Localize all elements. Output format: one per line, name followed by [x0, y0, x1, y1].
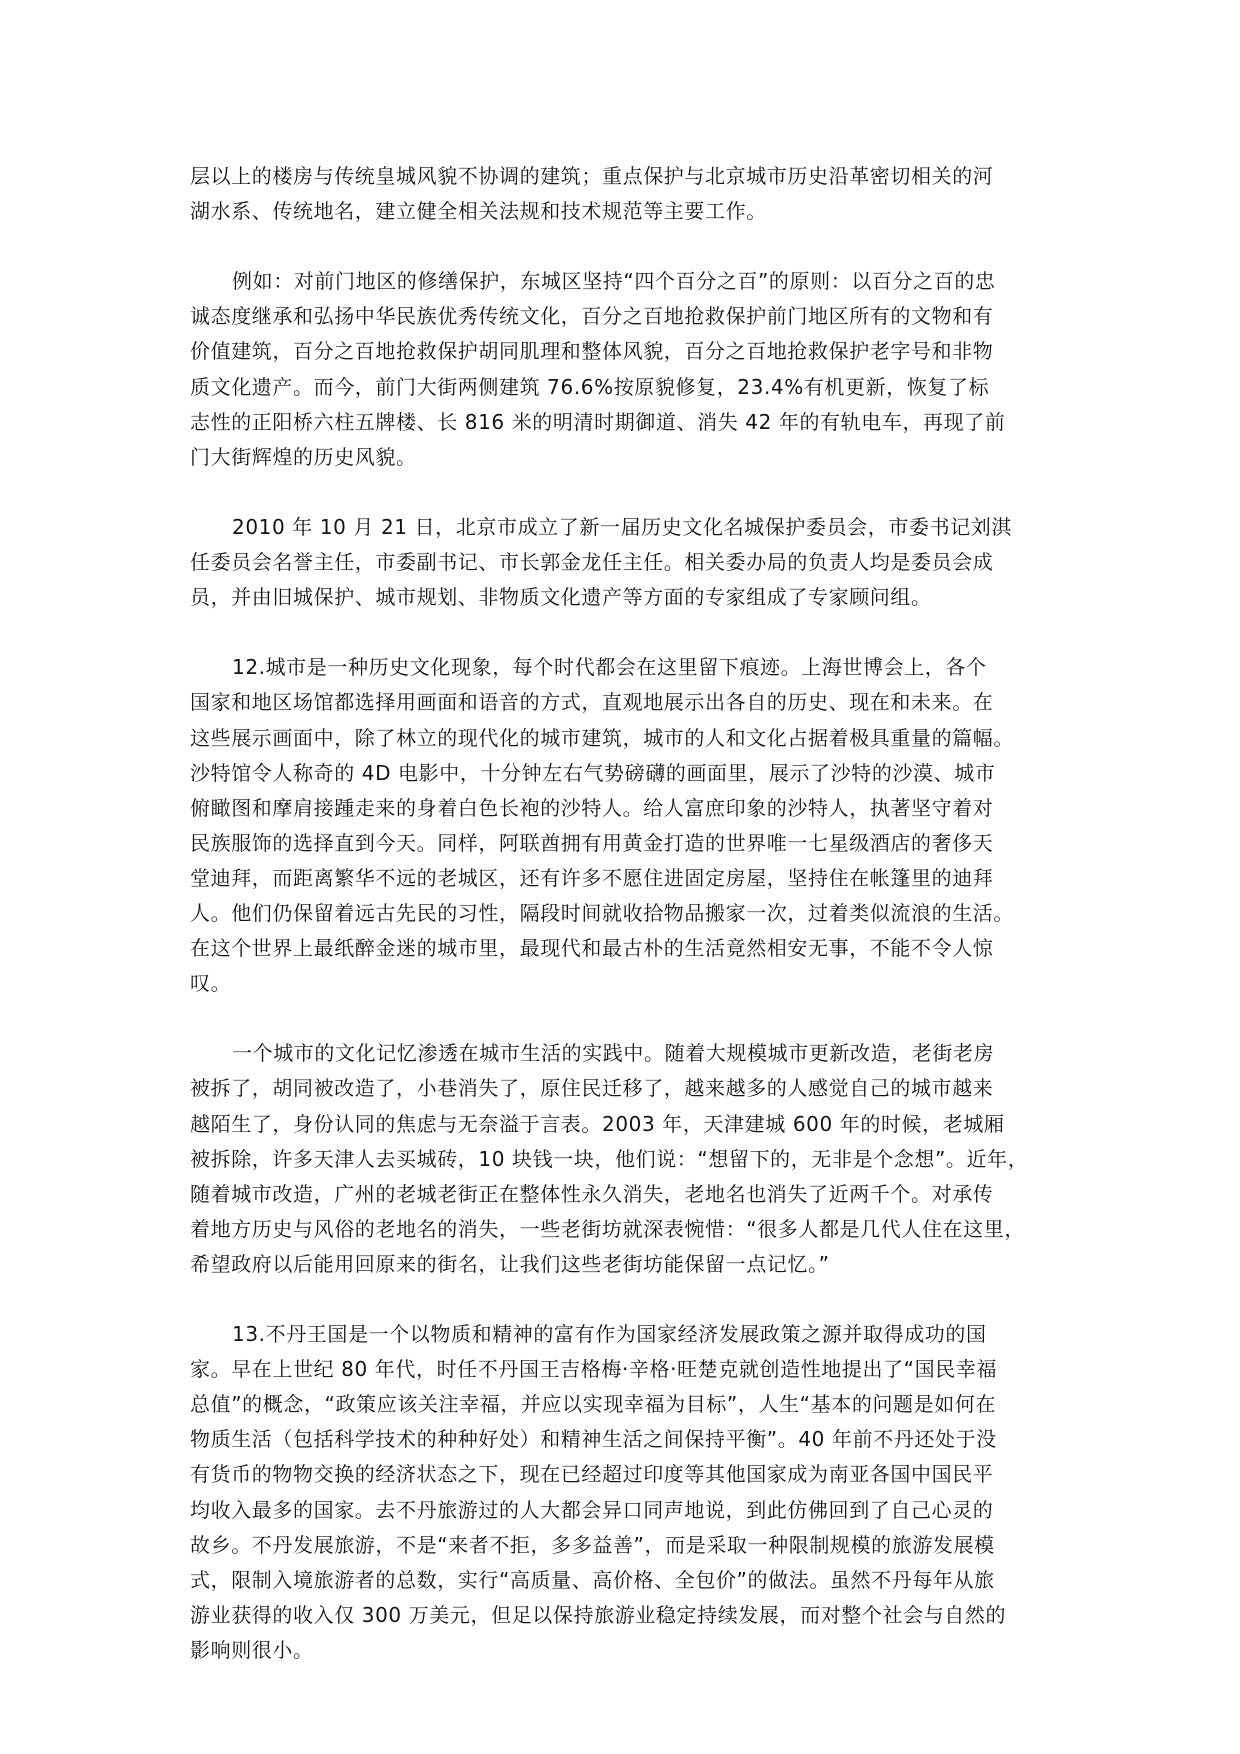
text-line: 影响则很小。 — [190, 1633, 1050, 1668]
text-line: 物质生活（包括科学技术的种种好处）和精神生活之间保持平衡”。40 年前不丹还处于… — [190, 1422, 1050, 1457]
text-line: 沙特馆令人称奇的 4D 电影中，十分钟左右气势磅礴的画面里，展示了沙特的沙漠、城… — [190, 756, 1050, 791]
text-line: 俯瞰图和摩肩接踵走来的身着白色长袍的沙特人。给人富庶印象的沙特人，执著坚守着对 — [190, 791, 1050, 826]
text-line: 有货币的物物交换的经济状态之下，现在已经超过印度等其他国家成为南亚各国中国民平 — [190, 1457, 1050, 1492]
text-line: 在这个世界上最纸醉金迷的城市里，最现代和最古朴的生活竟然相安无事，不能不令人惊 — [190, 931, 1050, 966]
paragraph-item-12-expo: 12.城市是一种历史文化现象，每个时代都会在这里留下痕迹。上海世博会上，各个 国… — [190, 650, 1050, 1001]
text-line: 堂迪拜，而距离繁华不远的老城区，还有许多不愿住进固定房屋，坚持住在帐篷里的迪拜 — [190, 861, 1050, 896]
text-line: 例如：对前门地区的修缮保护，东城区坚持“四个百分之百”的原则：以百分之百的忠 — [190, 264, 1050, 299]
text-line: 价值建筑，百分之百地抢救保护胡同肌理和整体风貌，百分之百地抢救保护老字号和非物 — [190, 334, 1050, 369]
document-page: 层以上的楼房与传统皇城风貌不协调的建筑；重点保护与北京城市历史沿革密切相关的河 … — [0, 0, 1240, 1754]
paragraph-committee-2010: 2010 年 10 月 21 日，北京市成立了新一届历史文化名城保护委员会，市委… — [190, 510, 1050, 615]
text-line: 叹。 — [190, 966, 1050, 1001]
text-line: 着地方历史与风俗的老地名的消失，一些老街坊就深表惋惜：“很多人都是几代人住在这里… — [190, 1212, 1050, 1247]
text-line: 这些展示画面中，除了林立的现代化的城市建筑，城市的人和文化占据着极具重量的篇幅。 — [190, 721, 1050, 756]
text-line: 湖水系、传统地名，建立健全相关法规和技术规范等主要工作。 — [190, 194, 1050, 229]
text-line: 总值”的概念，“政策应该关注幸福，并应以实现幸福为目标”，人生“基本的问题是如何… — [190, 1387, 1050, 1422]
text-line: 一个城市的文化记忆渗透在城市生活的实践中。随着大规模城市更新改造，老街老房 — [190, 1036, 1050, 1071]
text-line: 游业获得的收入仅 300 万美元，但足以保持旅游业稳定持续发展，而对整个社会与自… — [190, 1598, 1050, 1633]
text-line: 被拆除，许多天津人去买城砖，10 块钱一块，他们说：“想留下的，无非是个念想”。… — [190, 1142, 1050, 1177]
text-line: 2010 年 10 月 21 日，北京市成立了新一届历史文化名城保护委员会，市委… — [190, 510, 1050, 545]
text-line: 任委员会名誉主任，市委副书记、市长郭金龙任主任。相关委办局的负责人均是委员会成 — [190, 545, 1050, 580]
text-line: 随着城市改造，广州的老城老街正在整体性永久消失，老地名也消失了近两千个。对承传 — [190, 1177, 1050, 1212]
text-line: 希望政府以后能用回原来的街名，让我们这些老街坊能保留一点记忆。” — [190, 1247, 1050, 1282]
text-line: 人。他们仍保留着远古先民的习性，隔段时间就收拾物品搬家一次，过着类似流浪的生活。 — [190, 896, 1050, 931]
paragraph-heritage-work: 层以上的楼房与传统皇城风貌不协调的建筑；重点保护与北京城市历史沿革密切相关的河 … — [190, 159, 1050, 229]
paragraph-qianmen-example: 例如：对前门地区的修缮保护，东城区坚持“四个百分之百”的原则：以百分之百的忠 诚… — [190, 264, 1050, 475]
text-line: 13.不丹王国是一个以物质和精神的富有作为国家经济发展政策之源并取得成功的国 — [190, 1317, 1050, 1352]
text-line: 越陌生了，身份认同的焦虑与无奈溢于言表。2003 年，天津建城 600 年的时候… — [190, 1107, 1050, 1142]
text-line: 志性的正阳桥六柱五牌楼、长 816 米的明清时期御道、消失 42 年的有轨电车，… — [190, 405, 1050, 440]
text-line: 国家和地区场馆都选择用画面和语音的方式，直观地展示出各自的历史、现在和未来。在 — [190, 685, 1050, 720]
text-line: 式，限制入境旅游者的总数，实行“高质量、高价格、全包价”的做法。虽然不丹每年从旅 — [190, 1563, 1050, 1598]
text-line: 诚态度继承和弘扬中华民族优秀传统文化，百分之百地抢救保护前门地区所有的文物和有 — [190, 299, 1050, 334]
paragraph-item-13-bhutan: 13.不丹王国是一个以物质和精神的富有作为国家经济发展政策之源并取得成功的国 家… — [190, 1317, 1050, 1668]
document-body: 层以上的楼房与传统皇城风貌不协调的建筑；重点保护与北京城市历史沿革密切相关的河 … — [190, 159, 1050, 1703]
text-line: 故乡。不丹发展旅游，不是“来者不拒，多多益善”，而是采取一种限制规模的旅游发展模 — [190, 1528, 1050, 1563]
text-line: 员，并由旧城保护、城市规划、非物质文化遗产等方面的专家组成了专家顾问组。 — [190, 580, 1050, 615]
text-line: 均收入最多的国家。去不丹旅游过的人大都会异口同声地说，到此仿佛回到了自己心灵的 — [190, 1493, 1050, 1528]
text-line: 被拆了，胡同被改造了，小巷消失了，原住民迁移了，越来越多的人感觉自己的城市越来 — [190, 1071, 1050, 1106]
text-line: 质文化遗产。而今，前门大街两侧建筑 76.6%按原貌修复，23.4%有机更新，恢… — [190, 370, 1050, 405]
text-line: 民族服饰的选择直到今天。同样，阿联酋拥有用黄金打造的世界唯一七星级酒店的奢侈天 — [190, 826, 1050, 861]
text-line: 12.城市是一种历史文化现象，每个时代都会在这里留下痕迹。上海世博会上，各个 — [190, 650, 1050, 685]
text-line: 层以上的楼房与传统皇城风貌不协调的建筑；重点保护与北京城市历史沿革密切相关的河 — [190, 159, 1050, 194]
text-line: 家。早在上世纪 80 年代，时任不丹国王吉格梅·辛格·旺楚克就创造性地提出了“国… — [190, 1352, 1050, 1387]
paragraph-city-memory: 一个城市的文化记忆渗透在城市生活的实践中。随着大规模城市更新改造，老街老房 被拆… — [190, 1036, 1050, 1282]
text-line: 门大街辉煌的历史风貌。 — [190, 440, 1050, 475]
